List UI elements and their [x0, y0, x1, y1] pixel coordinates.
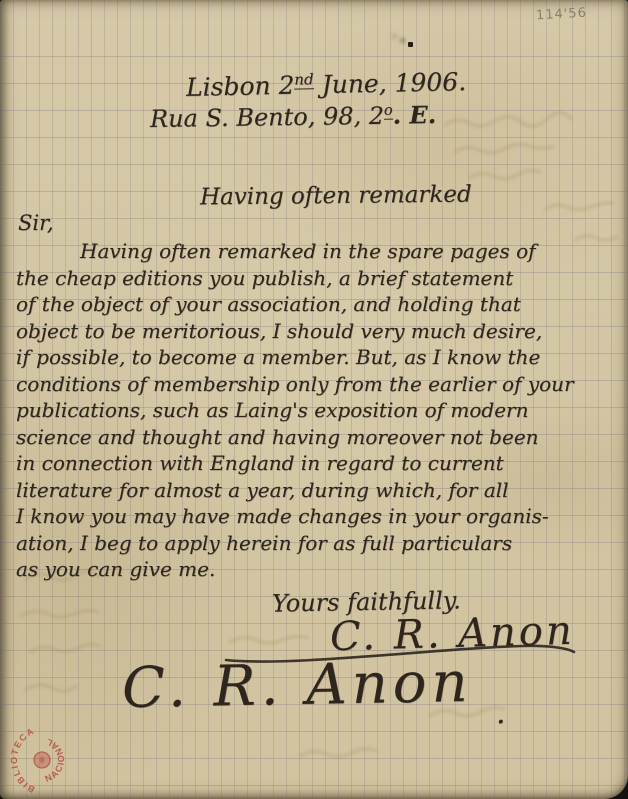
body-line: object to be meritorious, I should very …	[16, 318, 616, 345]
body-line: in connection with England in regard to …	[16, 450, 616, 477]
body-line: if possible, to become a member. But, as…	[16, 344, 616, 371]
letter-body: Having often remarked in the spare pages…	[16, 238, 616, 583]
body-line: literature for almost a year, during whi…	[16, 477, 616, 504]
archive-mark: 114'56	[536, 6, 588, 24]
letter-page: 114'56 Lisbon 2nd June, 1906. Rua S. Ben…	[0, 0, 628, 799]
address-prefix: Rua S. Bento, 98, 2	[150, 102, 384, 133]
body-line: conditions of membership only from the e…	[16, 371, 616, 398]
address-ordinal: o	[384, 103, 393, 120]
stamp-text-top: BIBLIOTECA	[9, 726, 36, 794]
body-line: ation, I beg to apply herein for as full…	[16, 530, 616, 557]
body-line: the cheap editions you publish, a brief …	[16, 265, 616, 292]
address-suffix: . E.	[392, 100, 436, 130]
date-suffix: June, 1906.	[313, 67, 466, 99]
ink-speck	[408, 42, 413, 47]
address-line: Rua S. Bento, 98, 2o. E.	[150, 100, 436, 133]
annotation-heading: Having often remarked	[200, 182, 472, 211]
body-line: I know you may have made changes in your…	[16, 503, 616, 530]
date-ordinal: nd	[294, 70, 314, 89]
body-line: of the object of your association, and h…	[16, 291, 616, 318]
body-line: Having often remarked in the spare pages…	[16, 238, 616, 265]
salutation: Sir,	[18, 211, 54, 235]
date-line: Lisbon 2nd June, 1906.	[186, 67, 467, 102]
date-prefix: Lisbon 2	[186, 71, 295, 102]
body-line: as you can give me.	[16, 556, 616, 583]
body-line: science and thought and having moreover …	[16, 424, 616, 451]
signature-repeat: C. R. Anon	[121, 650, 473, 721]
body-line: publications, such as Laing's exposition…	[16, 397, 616, 424]
library-stamp: BIBLIOTECA NACIONAL	[6, 726, 74, 794]
signature-period: .	[496, 696, 506, 731]
